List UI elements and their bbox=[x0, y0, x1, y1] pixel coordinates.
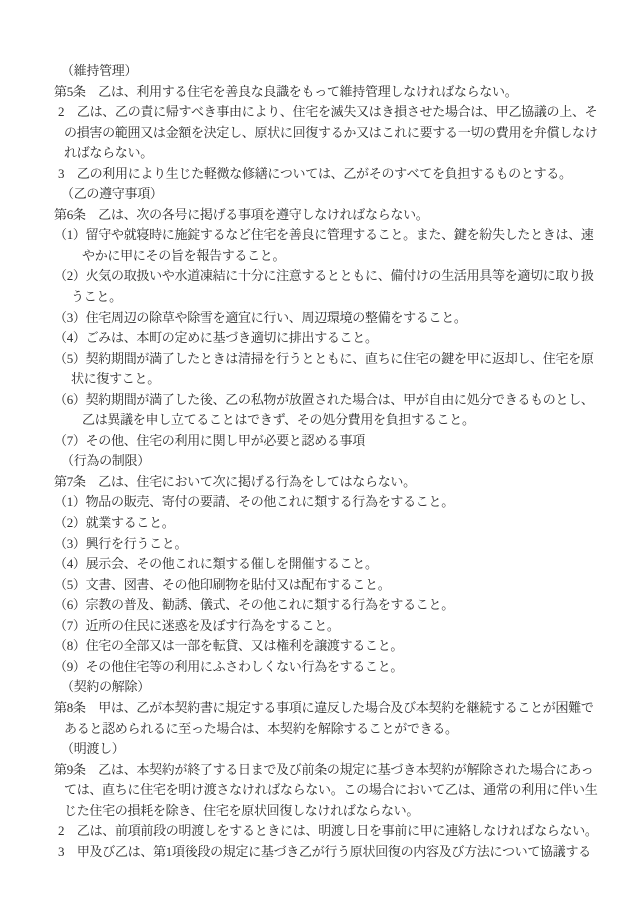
section-heading: （行為の制限） bbox=[54, 451, 606, 472]
article-opening-line: 第6条 乙は、次の各号に掲げる事項を遵守しなければならない。 bbox=[54, 205, 606, 226]
section-heading: （明渡し） bbox=[54, 739, 606, 760]
item-line: （2）就業すること。 bbox=[54, 513, 606, 534]
article-opening-line: 第8条 甲は、乙が本契約書に規定する事項に違反した場合及び本契約を継続することが… bbox=[54, 698, 606, 719]
continuation-line: うこと。 bbox=[54, 287, 606, 308]
item-line: （3）住宅周辺の除草や除雪を適宜に行い、周辺環境の整備をすること。 bbox=[54, 308, 606, 329]
continuation-line: やかに甲にその旨を報告すること。 bbox=[54, 246, 606, 267]
item-line: （1）物品の販売、寄付の要請、その他これに類する行為をすること。 bbox=[54, 492, 606, 513]
item-line: （6）宗教の普及、勧誘、儀式、その他これに類する行為をすること。 bbox=[54, 595, 606, 616]
section-heading: （乙の遵守事項） bbox=[54, 184, 606, 205]
article-opening-line: 第7条 乙は、住宅において次に掲げる行為をしてはならない。 bbox=[54, 472, 606, 493]
item-line: （5）文書、図書、その他印刷物を貼付又は配布すること。 bbox=[54, 575, 606, 596]
continuation-line: あると認められるに至った場合は、本契約を解除することができる。 bbox=[54, 719, 606, 740]
article-opening-line: 第9条 乙は、本契約が終了する日まで及び前条の規定に基づき本契約が解除された場合… bbox=[54, 760, 606, 781]
item-line: （8）住宅の全部又は一部を転貸、又は権利を譲渡すること。 bbox=[54, 636, 606, 657]
item-line: （5）契約期間が満了したときは清掃を行うとともに、直ちに住宅の鍵を甲に返却し、住… bbox=[54, 349, 606, 370]
item-line: （4）ごみは、本町の定めに基づき適切に排出すること。 bbox=[54, 328, 606, 349]
item-line: （4）展示会、その他これに類する催しを開催すること。 bbox=[54, 554, 606, 575]
item-line: （6）契約期間が満了した後、乙の私物が放置された場合は、甲が自由に処分できるもの… bbox=[54, 390, 606, 411]
section-heading: （維持管理） bbox=[54, 61, 606, 82]
item-line: （2）火気の取扱いや水道凍結に十分に注意するとともに、備付けの生活用具等を適切に… bbox=[54, 266, 606, 287]
item-line: （9）その他住宅等の利用にふさわしくない行為をすること。 bbox=[54, 657, 606, 678]
item-line: （7）その他、住宅の利用に関し甲が必要と認める事項 bbox=[54, 431, 606, 452]
continuation-line: ればならない。 bbox=[54, 143, 606, 164]
continuation-line: じた住宅の損耗を除き、住宅を原状回復しなければならない。 bbox=[54, 801, 606, 822]
paragraph-line: 3 乙の利用により生じた軽微な修繕については、乙がそのすべてを負担するものとする… bbox=[54, 164, 606, 185]
continuation-line: 状に復すこと。 bbox=[54, 369, 606, 390]
paragraph-line: 3 甲及び乙は、第1項後段の規定に基づき乙が行う原状回復の内容及び方法について協… bbox=[54, 842, 606, 863]
article-opening-line: 第5条 乙は、利用する住宅を善良な良識をもって維持管理しなければならない。 bbox=[54, 82, 606, 103]
continuation-line: 乙は異議を申し立てることはできず、その処分費用を負担すること。 bbox=[54, 410, 606, 431]
continuation-line: の損害の範囲又は金額を決定し、原状に回復するか又はこれに要する一切の費用を弁償し… bbox=[54, 123, 606, 144]
continuation-line: ては、直ちに住宅を明け渡さなければならない。この場合において乙は、通常の利用に伴… bbox=[54, 780, 606, 801]
section-heading: （契約の解除） bbox=[54, 677, 606, 698]
contract-text: （維持管理） 第5条 乙は、利用する住宅を善良な良識をもって維持管理しなければな… bbox=[54, 61, 606, 862]
contract-document-page: （維持管理） 第5条 乙は、利用する住宅を善良な良識をもって維持管理しなければな… bbox=[0, 0, 630, 915]
paragraph-line: 2 乙は、前項前段の明渡しをするときには、明渡し日を事前に甲に連絡しなければなら… bbox=[54, 821, 606, 842]
paragraph-line: 2 乙は、乙の責に帰すべき事由により、住宅を滅失又はき損させた場合は、甲乙協議の… bbox=[54, 102, 606, 123]
item-line: （7）近所の住民に迷惑を及ぼす行為をすること。 bbox=[54, 616, 606, 637]
item-line: （1）留守や就寝時に施錠するなど住宅を善良に管理すること。また、鍵を紛失したとき… bbox=[54, 225, 606, 246]
item-line: （3）興行を行うこと。 bbox=[54, 534, 606, 555]
